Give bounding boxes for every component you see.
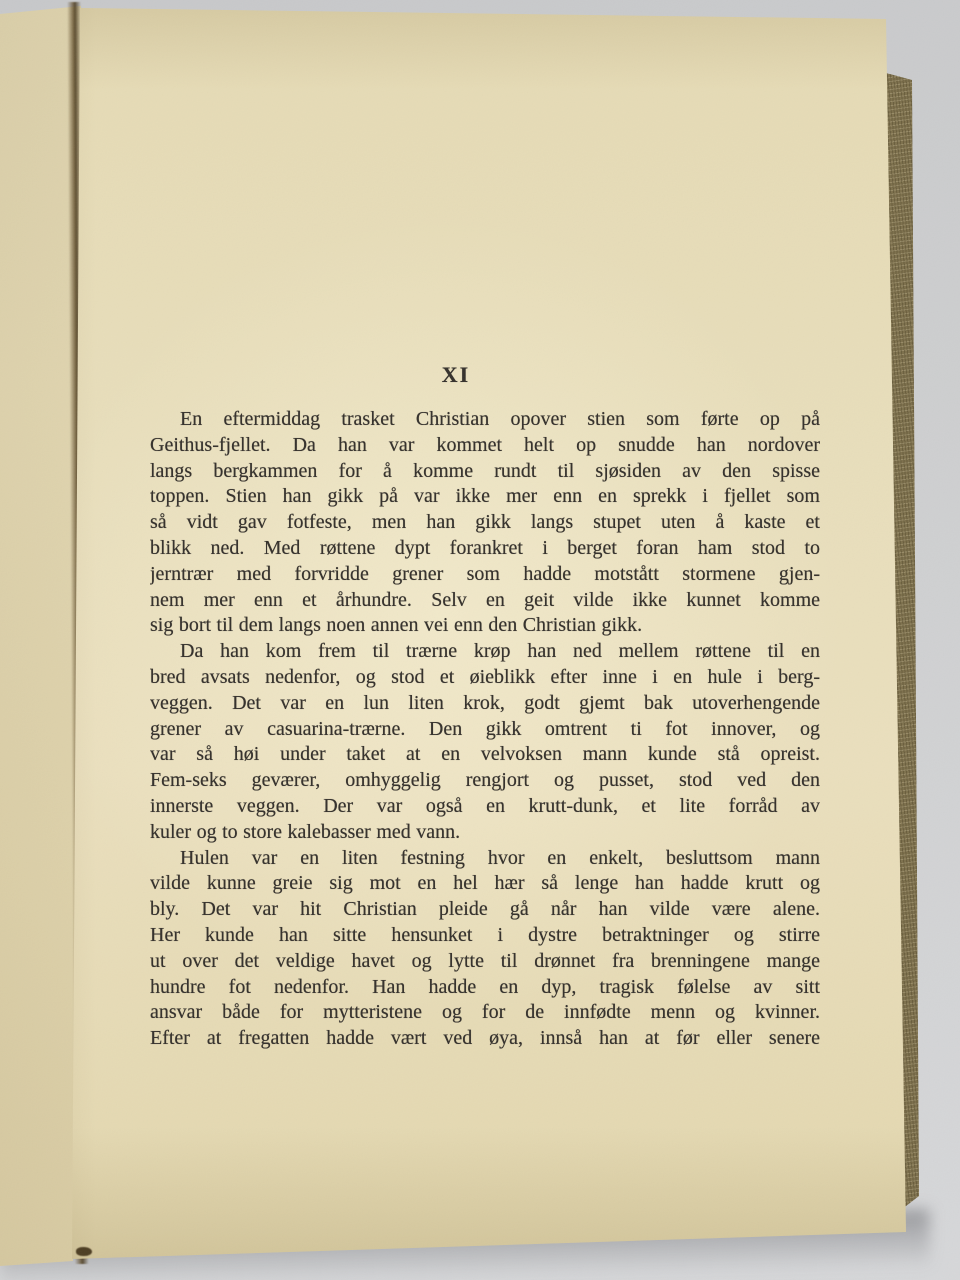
text-line: ut over det veldige havet og lytte til d… <box>150 949 820 975</box>
text-line: jerntrær med forvridde grener som hadde … <box>150 562 820 588</box>
text-block: XI En eftermiddag trasket Christian opov… <box>150 360 820 1052</box>
text-line: Da han kom frem til trærne krøp han ned … <box>150 639 820 665</box>
text-line: grener av casuarina-trærne. Den gikk omt… <box>150 717 820 743</box>
text-line: ansvar både for mytteristene og for de i… <box>150 1000 820 1026</box>
text-line: Hulen var en liten festning hvor en enke… <box>150 846 820 872</box>
text-line: sig bort til dem langs noen annen vei en… <box>150 613 820 639</box>
text-line: hundre fot nedenfor. Han hadde en dyp, t… <box>150 975 820 1001</box>
text-line: bly. Det var hit Christian pleide gå når… <box>150 897 820 923</box>
photo-of-open-book: XI En eftermiddag trasket Christian opov… <box>0 0 960 1280</box>
text-line: kuler og to store kalebasser med vann. <box>150 820 820 846</box>
text-line: Her kunde han sitte hensunket i dystre b… <box>150 923 820 949</box>
text-line: Fem-seks geværer, omhyggelig rengjort og… <box>150 768 820 794</box>
chapter-heading: XI <box>121 360 791 390</box>
text-line: blikk ned. Med røttene dypt forankret i … <box>150 536 820 562</box>
text-line: var så høi under taket at en velvoksen m… <box>150 742 820 768</box>
gutter-speck <box>76 1247 92 1256</box>
text-line: Efter at fregatten hadde vært ved øya, i… <box>150 1026 820 1052</box>
text-line: toppen. Stien han gikk på var ikke mer e… <box>150 484 820 510</box>
text-line: langs bergkammen for å komme rundt til s… <box>150 459 820 485</box>
text-line: bred avsats nedenfor, og stod et øieblik… <box>150 665 820 691</box>
text-line: så vidt gav fotfeste, men han gikk langs… <box>150 510 820 536</box>
text-line: innerste veggen. Der var også en krutt-d… <box>150 794 820 820</box>
text-line: En eftermiddag trasket Christian opover … <box>150 407 820 433</box>
text-line: vilde kunne greie sig mot en hel hær så … <box>150 871 820 897</box>
text-line: nem mer enn et århundre. Selv en geit vi… <box>150 588 820 614</box>
text-line: Geithus-fjellet. Da han var kommet helt … <box>150 433 820 459</box>
text-line: veggen. Det var en lun liten krok, godt … <box>150 691 820 717</box>
